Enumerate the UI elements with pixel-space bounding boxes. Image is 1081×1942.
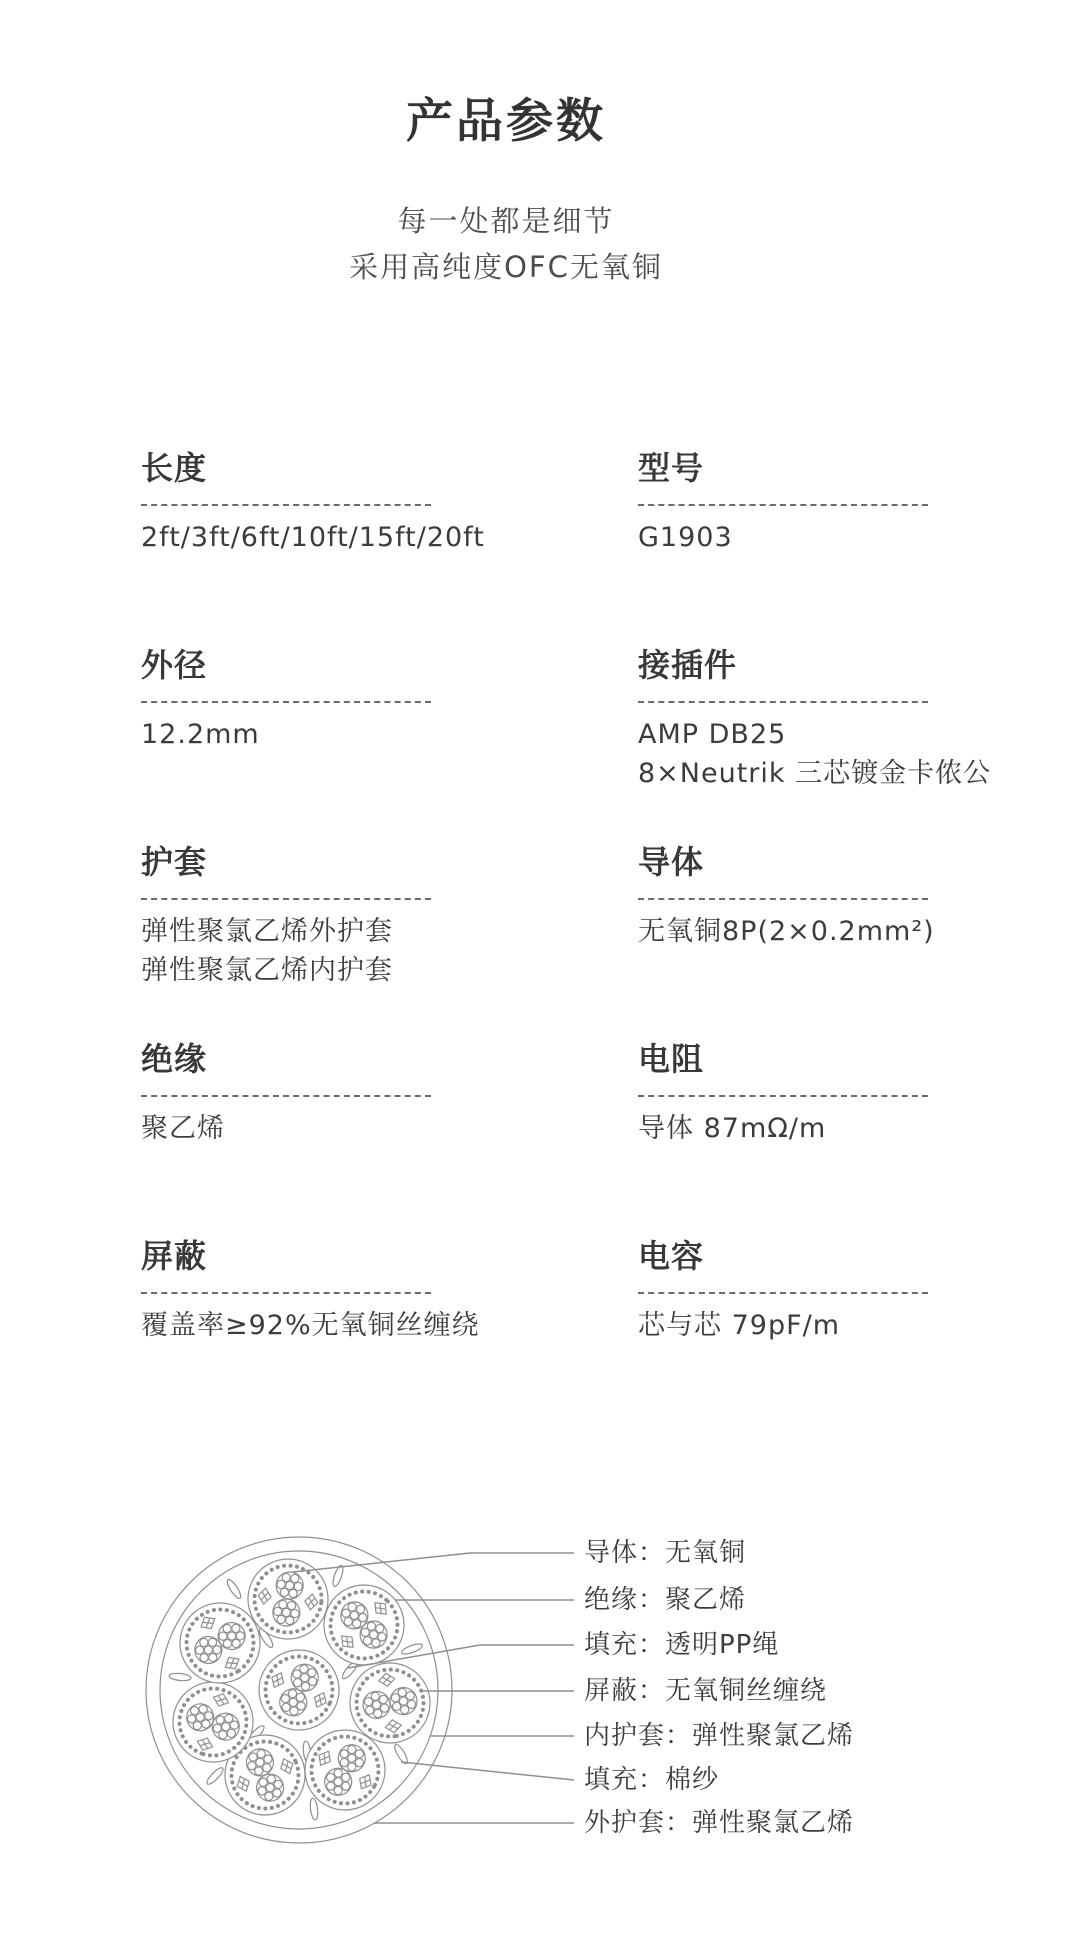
spec-label-resistance: 电阻 bbox=[638, 1037, 928, 1081]
spec-block-insulation: 绝缘 聚乙烯 bbox=[141, 1037, 431, 1234]
subtitle-line-1: 每一处都是细节 bbox=[0, 198, 1012, 244]
spec-label-outer-diameter: 外径 bbox=[141, 643, 431, 687]
subtitle-line-2: 采用高纯度OFC无氧铜 bbox=[0, 244, 1012, 290]
page-title: 产品参数 bbox=[0, 84, 1012, 151]
spec-value-resistance: 导体 87mΩ/m bbox=[638, 1109, 928, 1148]
spec-block-connectors: 接插件 AMP DB25 8×Neutrik 三芯镀金卡侬公 bbox=[638, 643, 928, 840]
spec-label-shielding: 屏蔽 bbox=[141, 1234, 431, 1278]
spec-grid: 长度 2ft/3ft/6ft/10ft/15ft/20ft 型号 G1903 外… bbox=[141, 446, 928, 1431]
spec-label-capacitance: 电容 bbox=[638, 1234, 928, 1278]
spec-value-conductor: 无氧铜8P(2×0.2mm²) bbox=[638, 912, 928, 951]
diagram-label-shielding: 屏蔽：无氧铜丝缠绕 bbox=[584, 1676, 827, 1706]
diagram-label-filler-pp: 填充：透明PP绳 bbox=[584, 1630, 779, 1660]
dashed-divider bbox=[638, 701, 928, 703]
diagram-label-outer-sheath: 外护套：弹性聚氯乙烯 bbox=[584, 1808, 854, 1838]
spec-block-outer-diameter: 外径 12.2mm bbox=[141, 643, 431, 840]
spec-value-insulation: 聚乙烯 bbox=[141, 1109, 431, 1148]
spec-block-sheath: 护套 弹性聚氯乙烯外护套 弹性聚氯乙烯内护套 bbox=[141, 840, 431, 1037]
spec-value-sheath-1: 弹性聚氯乙烯外护套 bbox=[141, 912, 431, 951]
spec-value-model: G1903 bbox=[638, 518, 928, 557]
dashed-divider bbox=[141, 898, 431, 900]
dashed-divider bbox=[638, 898, 928, 900]
product-parameters-page: 产品参数 每一处都是细节 采用高纯度OFC无氧铜 长度 2ft/3ft/6ft/… bbox=[0, 0, 1081, 1942]
spec-label-conductor: 导体 bbox=[638, 840, 928, 884]
header: 产品参数 每一处都是细节 采用高纯度OFC无氧铜 bbox=[0, 0, 1012, 300]
spec-block-shielding: 屏蔽 覆盖率≥92%无氧铜丝缠绕 bbox=[141, 1234, 431, 1431]
cable-cross-section-diagram bbox=[0, 1500, 1081, 1900]
spec-block-capacitance: 电容 芯与芯 79pF/m bbox=[638, 1234, 928, 1431]
diagram-label-insulation: 绝缘：聚乙烯 bbox=[584, 1585, 746, 1615]
dashed-divider bbox=[141, 1292, 431, 1294]
dashed-divider bbox=[638, 1095, 928, 1097]
spec-value-sheath-2: 弹性聚氯乙烯内护套 bbox=[141, 951, 431, 990]
spec-label-insulation: 绝缘 bbox=[141, 1037, 431, 1081]
spec-value-length: 2ft/3ft/6ft/10ft/15ft/20ft bbox=[141, 518, 431, 557]
diagram-label-conductor: 导体：无氧铜 bbox=[584, 1538, 746, 1568]
spec-value-capacitance: 芯与芯 79pF/m bbox=[638, 1306, 928, 1345]
spec-block-length: 长度 2ft/3ft/6ft/10ft/15ft/20ft bbox=[141, 446, 431, 643]
spec-label-model: 型号 bbox=[638, 446, 928, 490]
dashed-divider bbox=[638, 1292, 928, 1294]
diagram-label-filler-cotton: 填充：棉纱 bbox=[584, 1765, 719, 1795]
spec-block-resistance: 电阻 导体 87mΩ/m bbox=[638, 1037, 928, 1234]
spec-block-conductor: 导体 无氧铜8P(2×0.2mm²) bbox=[638, 840, 928, 1037]
subtitle: 每一处都是细节 采用高纯度OFC无氧铜 bbox=[0, 198, 1012, 290]
dashed-divider bbox=[141, 701, 431, 703]
diagram-label-inner-sheath: 内护套：弹性聚氯乙烯 bbox=[584, 1721, 854, 1751]
spec-value-shielding: 覆盖率≥92%无氧铜丝缠绕 bbox=[141, 1306, 431, 1345]
spec-value-connectors-2: 8×Neutrik 三芯镀金卡侬公 bbox=[638, 754, 928, 793]
spec-label-connectors: 接插件 bbox=[638, 643, 928, 687]
spec-label-length: 长度 bbox=[141, 446, 431, 490]
dashed-divider bbox=[638, 504, 928, 506]
spec-block-model: 型号 G1903 bbox=[638, 446, 928, 643]
dashed-divider bbox=[141, 1095, 431, 1097]
spec-label-sheath: 护套 bbox=[141, 840, 431, 884]
spec-value-connectors-1: AMP DB25 bbox=[638, 715, 928, 754]
spec-value-outer-diameter: 12.2mm bbox=[141, 715, 431, 754]
dashed-divider bbox=[141, 504, 431, 506]
